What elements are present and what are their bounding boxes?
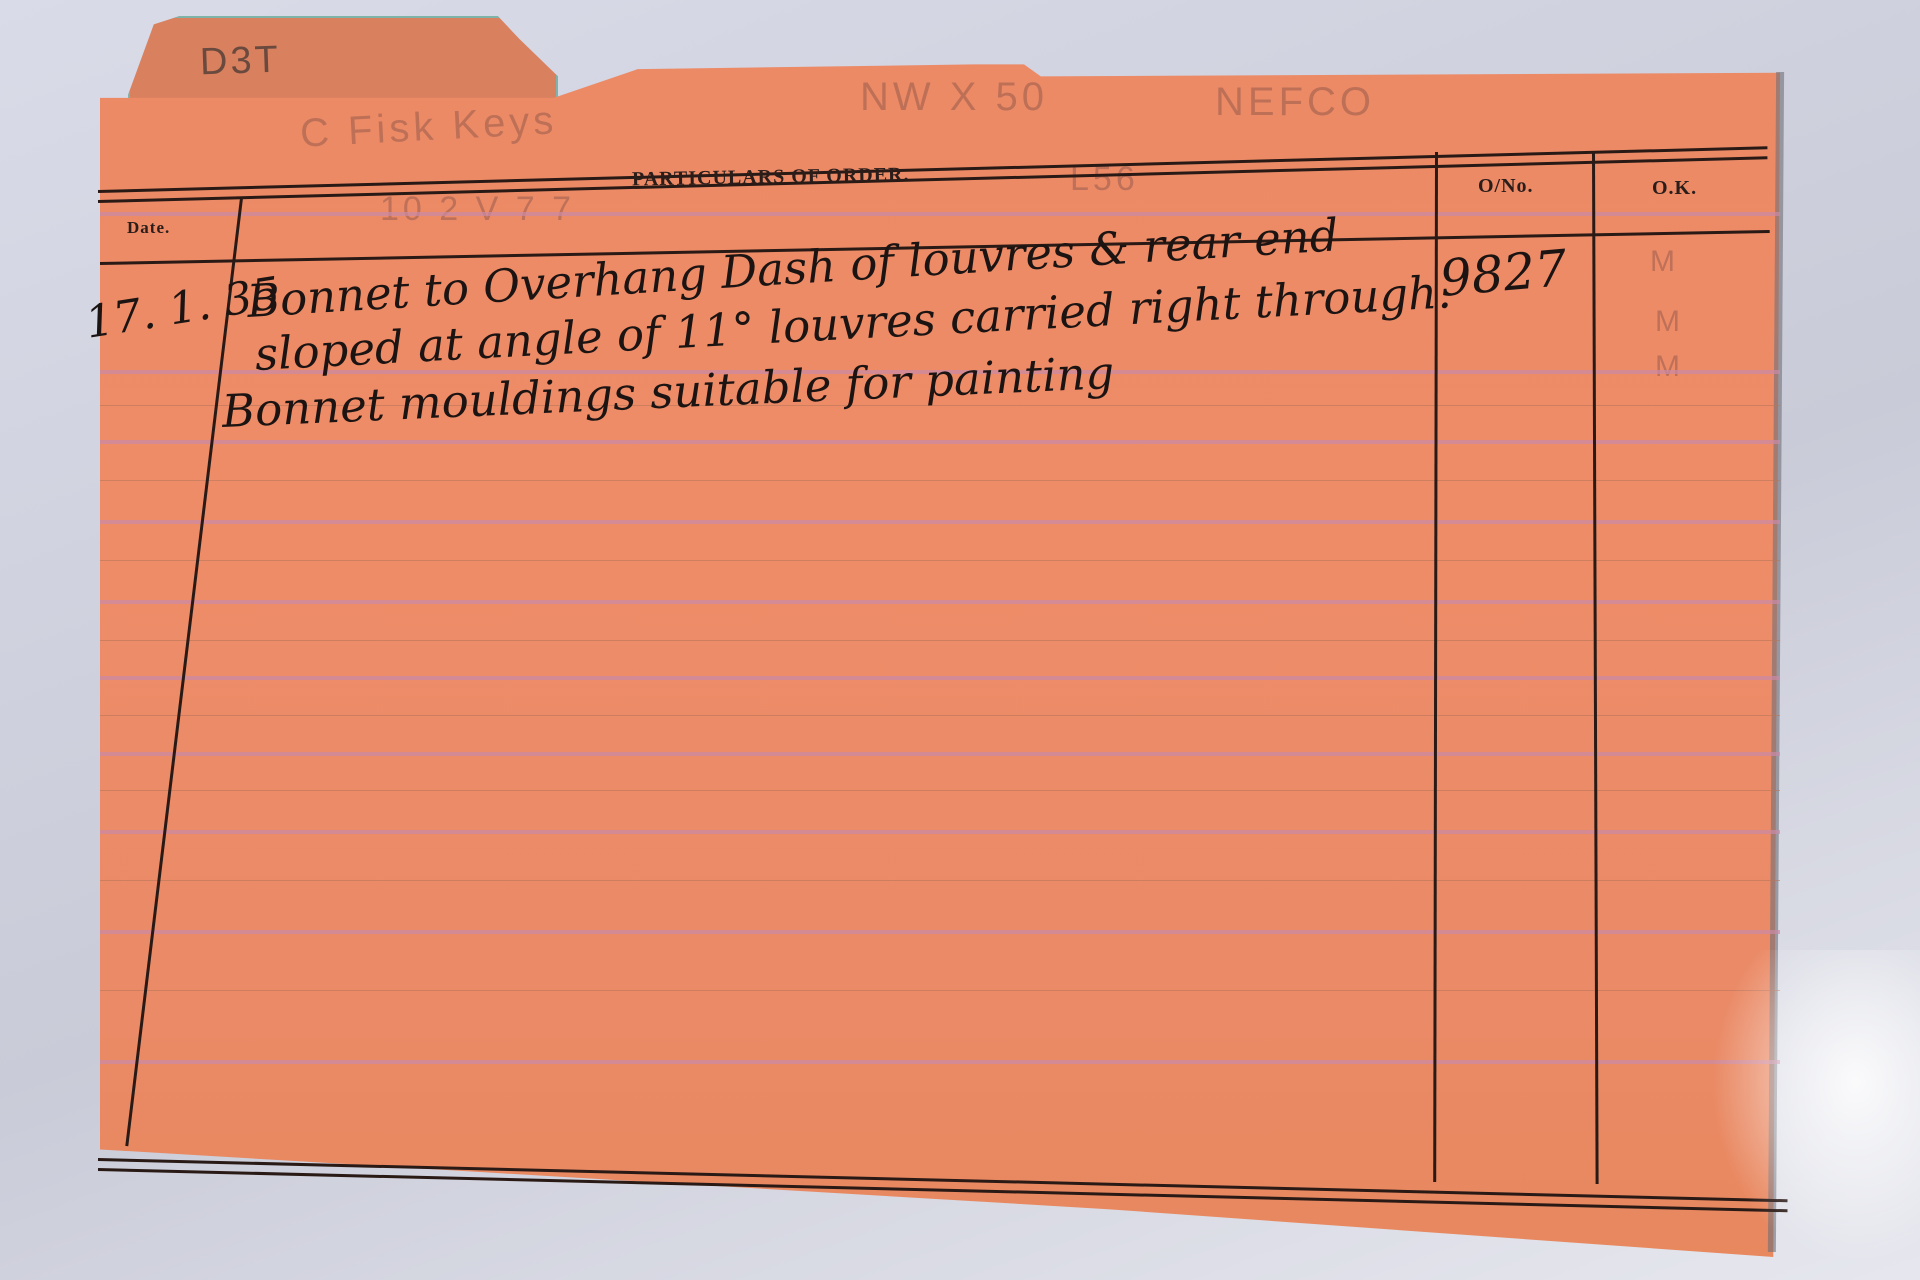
header-ok: O.K.	[1652, 177, 1697, 200]
pink-ruling	[100, 830, 1780, 834]
pink-ruling	[100, 1060, 1780, 1064]
faint-ruling	[100, 715, 1780, 716]
pencil-note: M	[1655, 350, 1684, 384]
pink-ruling	[100, 600, 1780, 604]
faint-ruling	[100, 880, 1780, 881]
entry-order-number: 9827	[1437, 239, 1569, 308]
pink-ruling	[100, 440, 1780, 444]
faint-ruling	[100, 560, 1780, 561]
pencil-note: NW X 50	[860, 75, 1048, 120]
faint-ruling	[100, 480, 1780, 481]
pink-ruling	[100, 520, 1780, 524]
pink-ruling	[100, 212, 1780, 216]
pencil-note: NEFCO	[1215, 80, 1375, 125]
plastic-sleeve-glare	[1700, 950, 1920, 1280]
header-date: Date.	[127, 218, 170, 238]
pencil-note: M	[1655, 305, 1684, 339]
order-card: D3T C Fisk Keys NW X 50 NEFCO L56 10 2 V…	[0, 0, 1920, 1280]
faint-ruling	[100, 640, 1780, 641]
faint-ruling	[100, 790, 1780, 791]
pencil-note: 10 2 V 7 7	[380, 190, 575, 229]
tab-label: D3T	[199, 39, 281, 85]
pink-ruling	[100, 752, 1780, 756]
header-order-number: O/No.	[1478, 175, 1534, 198]
pink-ruling	[100, 676, 1780, 680]
pink-ruling	[100, 930, 1780, 934]
pencil-note: M	[1650, 245, 1679, 279]
faint-ruling	[100, 990, 1780, 991]
header-particulars: PARTICULARS OF ORDER.	[632, 164, 910, 192]
